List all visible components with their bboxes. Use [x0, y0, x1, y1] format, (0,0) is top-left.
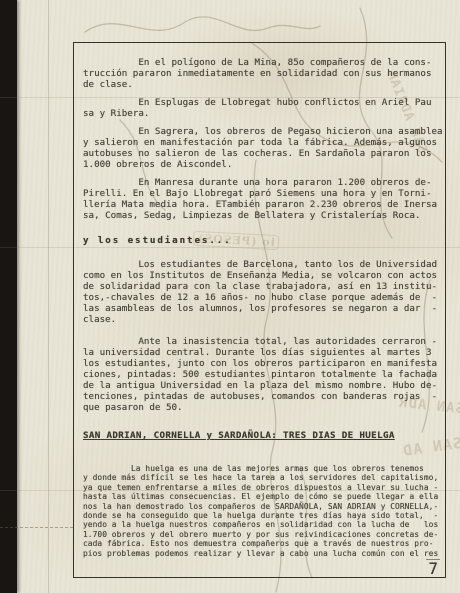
paragraph-la-mina: En el polígono de La Mina, 85o compañero… — [83, 57, 440, 90]
paragraph-estudiantes-barcelona: Los estudiantes de Barcelona, tanto los … — [83, 259, 440, 325]
fold-crease-vertical — [48, 0, 49, 593]
scan-edge-strip — [0, 0, 17, 593]
paragraph-sagrera: En Sagrera, los obreros de Pegaso hicier… — [83, 126, 440, 170]
fold-crease-horizontal — [0, 527, 73, 528]
typed-page-frame: En el polígono de La Mina, 85o compañero… — [73, 42, 446, 578]
heading-estudiantes: y los estudiantes... — [83, 235, 440, 246]
page-number: 7 — [426, 559, 440, 577]
heading-san-adrian-huelga: SAN ADRIAN, CORNELLA y SARDAÑOLA: TRES D… — [83, 430, 440, 441]
scanned-page: SAN ADRIAN SAN ADR SAN AD io (PESOS) En … — [0, 0, 460, 593]
paragraph-universidad-cerrada: Ante la inasistencia total, las autorida… — [83, 336, 440, 413]
paragraph-huelga-arma: La huelga es una de las mejores armas qu… — [83, 464, 440, 558]
paragraph-manresa: En Manresa durante una hora pararon 1.20… — [83, 177, 440, 221]
paragraph-esplugas: En Esplugas de Llobregat hubo conflictos… — [83, 97, 440, 119]
